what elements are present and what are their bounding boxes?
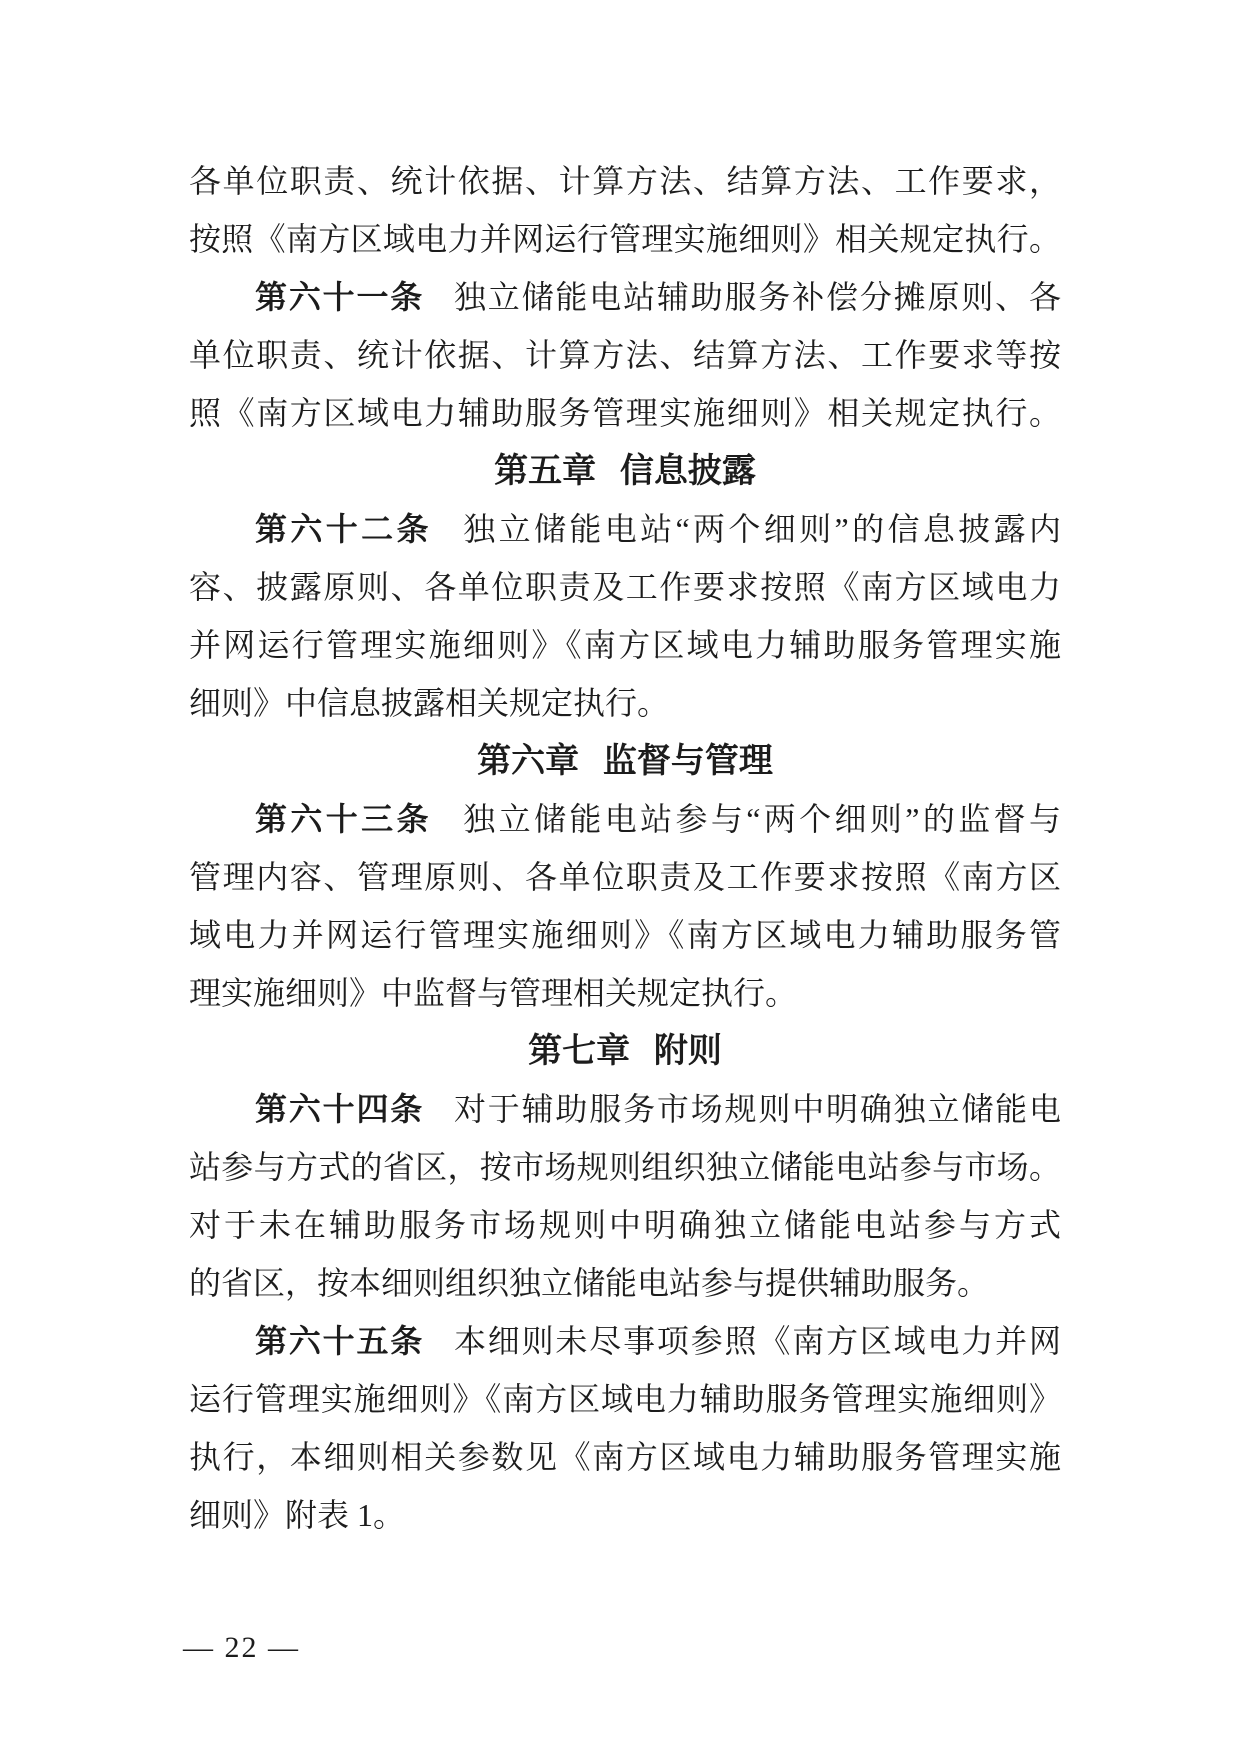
article-number-gap xyxy=(424,1119,452,1120)
article-number-gap xyxy=(432,829,460,830)
text-line: 第六十一条独立储能电站辅助服务补偿分摊原则、各 xyxy=(189,268,1061,326)
text-line: 第六十五条本细则未尽事项参照《南方区域电力并网 xyxy=(189,1312,1061,1370)
text-line: 执行，本细则相关参数见《南方区域电力辅助服务管理实施 xyxy=(189,1428,1061,1486)
text-line: 照《南方区域电力辅助服务管理实施细则》相关规定执行。 xyxy=(189,384,1061,442)
article-number: 第六十五条 xyxy=(255,1322,424,1360)
text-line: 理实施细则》中监督与管理相关规定执行。 xyxy=(189,964,1061,1022)
text-line: 对于未在辅助服务市场规则中明确独立储能电站参与方式 xyxy=(189,1196,1061,1254)
text-line: 第六十四条对于辅助服务市场规则中明确独立储能电 xyxy=(189,1080,1061,1138)
text-line: 第六十二条独立储能电站“两个细则”的信息披露内 xyxy=(189,500,1061,558)
text-line: 按照《南方区域电力并网运行管理实施细则》相关规定执行。 xyxy=(189,210,1061,268)
article-text: 独立储能电站参与“两个细则”的监督与 xyxy=(460,801,1061,837)
article-number-gap xyxy=(424,1351,452,1352)
page-number: — 22 — xyxy=(183,1628,300,1668)
text-line: 管理内容、管理原则、各单位职责及工作要求按照《南方区 xyxy=(189,848,1061,906)
text-line: 的省区，按本细则组织独立储能电站参与提供辅助服务。 xyxy=(189,1254,1061,1312)
article-number: 第六十一条 xyxy=(255,278,424,316)
text-line: 容、披露原则、各单位职责及工作要求按照《南方区域电力 xyxy=(189,558,1061,616)
text-line: 第六十三条独立储能电站参与“两个细则”的监督与 xyxy=(189,790,1061,848)
document-page: 各单位职责、统计依据、计算方法、结算方法、工作要求，按照《南方区域电力并网运行管… xyxy=(0,0,1240,1754)
chapter-heading: 第五章 信息披露 xyxy=(189,442,1061,500)
text-line: 并网运行管理实施细则》《南方区域电力辅助服务管理实施 xyxy=(189,616,1061,674)
article-number: 第六十四条 xyxy=(255,1090,424,1128)
chapter-heading: 第七章 附则 xyxy=(189,1022,1061,1080)
article-text: 独立储能电站“两个细则”的信息披露内 xyxy=(460,511,1061,547)
article-text: 对于辅助服务市场规则中明确独立储能电 xyxy=(452,1091,1061,1127)
article-number-gap xyxy=(432,539,460,540)
chapter-heading: 第六章 监督与管理 xyxy=(189,732,1061,790)
text-line: 域电力并网运行管理实施细则》《南方区域电力辅助服务管 xyxy=(189,906,1061,964)
article-number-gap xyxy=(424,307,452,308)
text-line: 细则》中信息披露相关规定执行。 xyxy=(189,674,1061,732)
article-text: 独立储能电站辅助服务补偿分摊原则、各 xyxy=(452,279,1061,315)
article-number: 第六十二条 xyxy=(255,510,432,548)
article-number: 第六十三条 xyxy=(255,800,432,838)
text-line: 细则》附表 1。 xyxy=(189,1486,1061,1544)
text-line: 站参与方式的省区，按市场规则组织独立储能电站参与市场。 xyxy=(189,1138,1061,1196)
document-body: 各单位职责、统计依据、计算方法、结算方法、工作要求，按照《南方区域电力并网运行管… xyxy=(189,152,1061,1544)
article-text: 本细则未尽事项参照《南方区域电力并网 xyxy=(452,1323,1061,1359)
text-line: 单位职责、统计依据、计算方法、结算方法、工作要求等按 xyxy=(189,326,1061,384)
text-line: 运行管理实施细则》《南方区域电力辅助服务管理实施细则》 xyxy=(189,1370,1061,1428)
text-line: 各单位职责、统计依据、计算方法、结算方法、工作要求， xyxy=(189,152,1061,210)
